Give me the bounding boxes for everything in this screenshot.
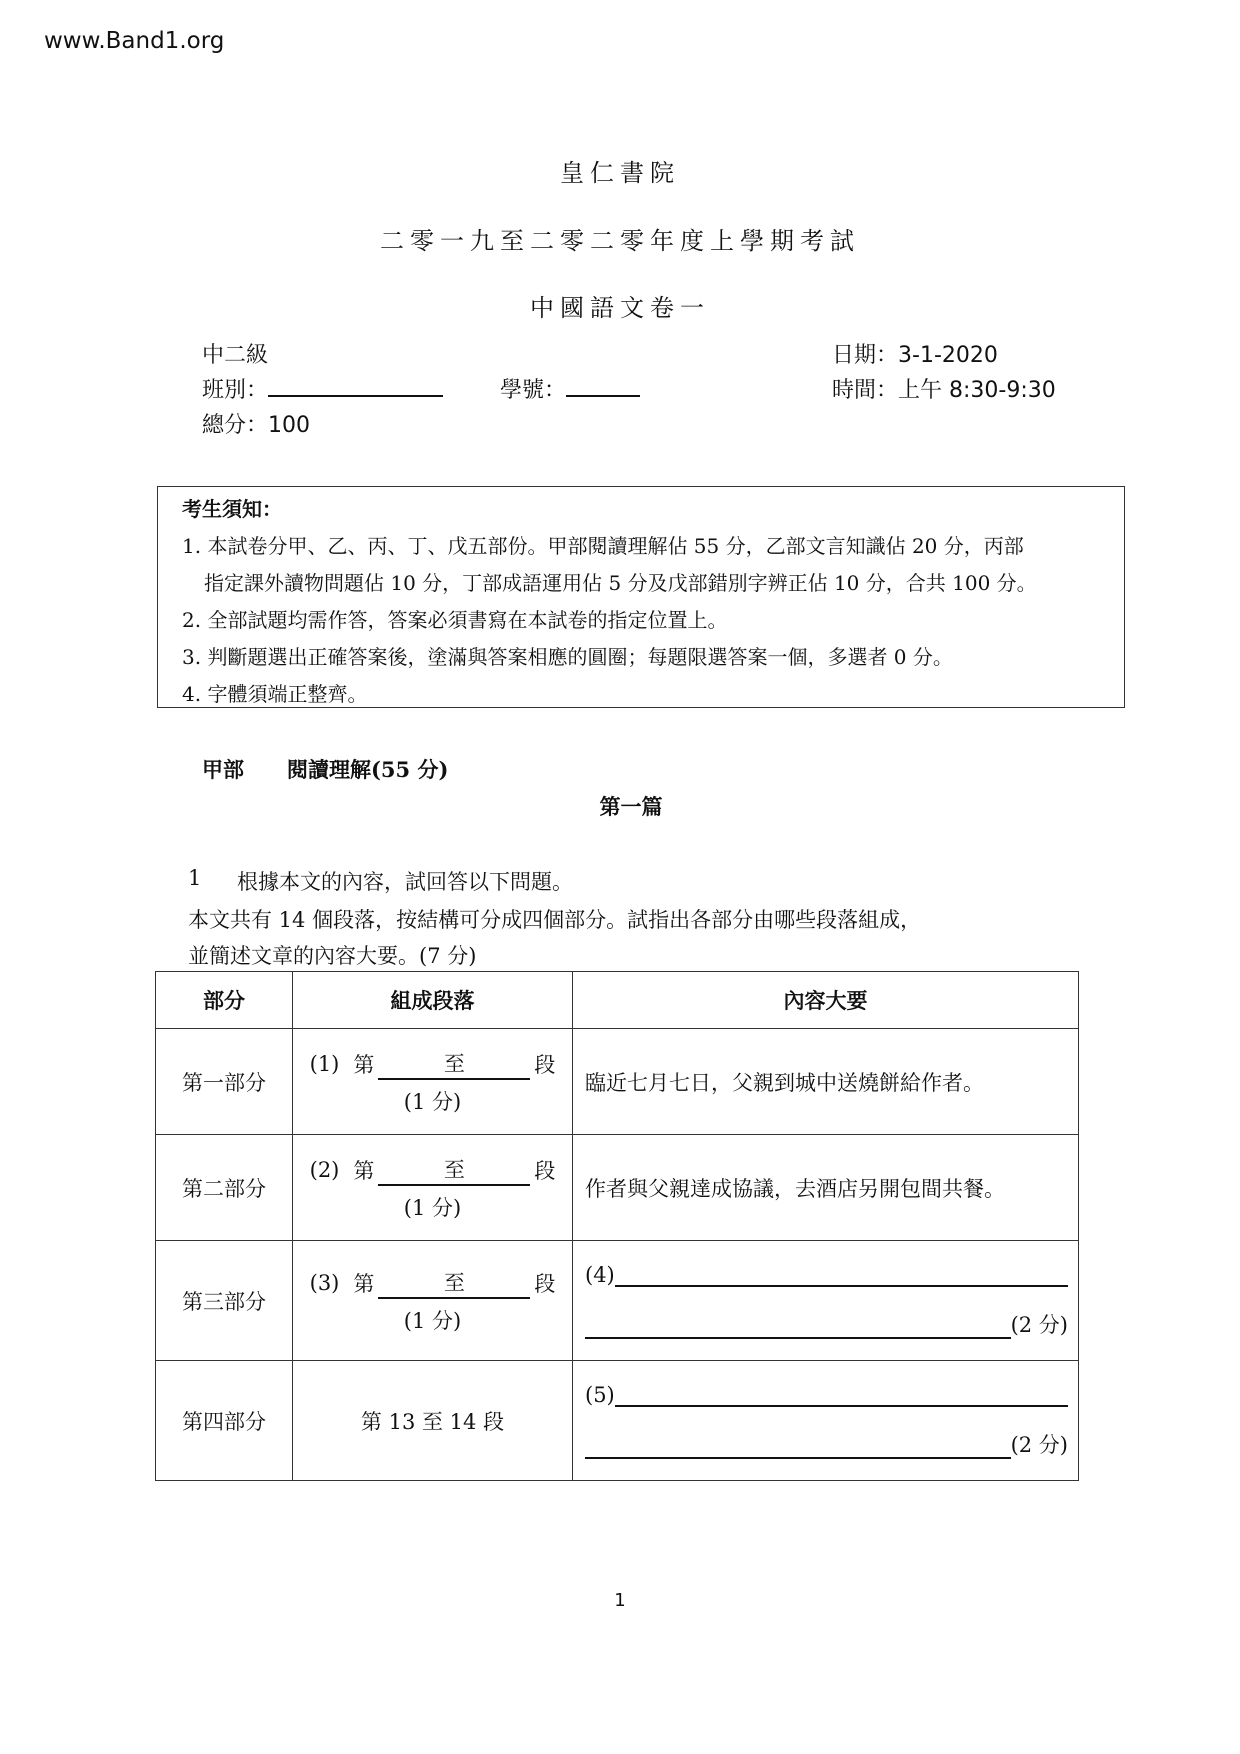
class-blank[interactable]: [268, 373, 443, 397]
question-text-line2: 並簡述文章的內容大要。(7 分): [188, 940, 476, 970]
question-number: 1: [188, 866, 201, 890]
answer-line[interactable]: (5): [585, 1383, 1068, 1407]
question-text-line1: 本文共有 14 個段落，按結構可分成四個部分。試指出各部分由哪些段落組成，: [188, 904, 921, 934]
instruction-item: 2. 全部試題均需作答，答案必須書寫在本試卷的指定位置上。: [182, 602, 1124, 639]
instruction-item: 3. 判斷題選出正確答案後，塗滿與答案相應的圓圈；每題限選答案一個，多選者 0 …: [182, 639, 1124, 676]
answer-line[interactable]: (2 分): [585, 1309, 1068, 1339]
part-label: 第三部分: [156, 1241, 293, 1361]
paragraph-cell: (1) 第 至 段 (1 分): [293, 1029, 573, 1135]
answer-marks: (2 分): [1011, 1309, 1068, 1339]
answer-number: (5): [585, 1383, 615, 1407]
school-name: 皇仁書院: [0, 153, 1240, 188]
zhi-label: 至: [444, 1158, 465, 1182]
passage-title: 第一篇: [0, 791, 1240, 821]
answer-blank[interactable]: [585, 1317, 1011, 1339]
duan-label: 段: [534, 1155, 555, 1185]
answer-blank[interactable]: [615, 1265, 1068, 1287]
candidate-instructions: 考生須知： 1. 本試卷分甲、乙、丙、丁、戊五部份。甲部閱讀理解佔 55 分，乙…: [157, 486, 1125, 708]
table-row: 第二部分 (2) 第 至 段 (1 分) 作者與父親達成協議，去酒店另開包間共餐…: [156, 1135, 1079, 1241]
date-label: 日期：: [832, 343, 898, 368]
class-field: 班別：: [202, 373, 443, 404]
marks: (1 分): [294, 1192, 571, 1222]
instruction-item: 1. 本試卷分甲、乙、丙、丁、戊五部份。甲部閱讀理解佔 55 分，乙部文言知識佔…: [182, 528, 1124, 565]
answer-cell: (4) (2 分): [573, 1241, 1079, 1361]
answer-table: 部分 組成段落 內容大要 第一部分 (1) 第 至 段 (1 分) 臨近七月七日…: [155, 971, 1079, 1481]
answer-blank[interactable]: [585, 1437, 1011, 1459]
answer-blank[interactable]: [615, 1385, 1068, 1407]
paper-title: 中國語文卷一: [0, 288, 1240, 323]
table-row: 第三部分 (3) 第 至 段 (1 分) (4) (2 分): [156, 1241, 1079, 1361]
header-summary: 內容大要: [573, 972, 1079, 1029]
instruction-item: 指定課外讀物問題佔 10 分，丁部成語運用佔 5 分及戊部錯別字辨正佔 10 分…: [182, 565, 1124, 602]
table-header-row: 部分 組成段落 內容大要: [156, 972, 1079, 1029]
di-label: 第: [353, 1049, 374, 1079]
paragraph-range-blank[interactable]: 至: [378, 1267, 530, 1299]
duan-label: 段: [534, 1268, 555, 1298]
summary-text: 臨近七月七日，父親到城中送燒餅給作者。: [573, 1029, 1079, 1135]
header-paragraphs: 組成段落: [293, 972, 573, 1029]
watermark: www.Band1.org: [44, 28, 224, 54]
date-value: 3-1-2020: [898, 343, 998, 368]
section-part: 甲部: [202, 754, 244, 784]
item-number: (1): [310, 1052, 340, 1076]
table-row: 第四部分 第 13 至 14 段 (5) (2 分): [156, 1361, 1079, 1481]
total-value: 100: [268, 413, 310, 438]
summary-text: 作者與父親達成協議，去酒店另開包間共餐。: [573, 1135, 1079, 1241]
marks: (1 分): [294, 1086, 571, 1116]
page-number: 1: [0, 1590, 1240, 1611]
answer-cell: (5) (2 分): [573, 1361, 1079, 1481]
answer-line[interactable]: (2 分): [585, 1429, 1068, 1459]
zhi-label: 至: [444, 1271, 465, 1295]
paragraph-range-blank[interactable]: 至: [378, 1048, 530, 1080]
total-marks: 總分：100: [202, 408, 310, 439]
total-label: 總分：: [202, 413, 268, 438]
exam-date: 日期：3-1-2020: [832, 338, 998, 369]
class-label: 班別：: [202, 378, 268, 403]
zhi-label: 至: [444, 1052, 465, 1076]
duan-label: 段: [534, 1049, 555, 1079]
answer-number: (4): [585, 1263, 615, 1287]
exam-time: 時間：上午 8:30-9:30: [832, 373, 1056, 404]
item-number: (2): [310, 1158, 340, 1182]
item-number: (3): [310, 1271, 340, 1295]
header-part: 部分: [156, 972, 293, 1029]
time-value: 上午 8:30-9:30: [898, 378, 1056, 403]
answer-line[interactable]: (4): [585, 1263, 1068, 1287]
instruction-item: 4. 字體須端正整齊。: [182, 676, 1124, 713]
form-level: 中二級: [202, 338, 268, 369]
di-label: 第: [353, 1155, 374, 1185]
student-no-field: 學號：: [500, 373, 640, 404]
exam-title: 二零一九至二零二零年度上學期考試: [0, 221, 1240, 256]
paragraph-cell: (3) 第 至 段 (1 分): [293, 1241, 573, 1361]
part-label: 第四部分: [156, 1361, 293, 1481]
section-name: 閱讀理解(55 分): [287, 754, 448, 784]
paragraph-range-blank[interactable]: 至: [378, 1154, 530, 1186]
paragraph-range: 第 13 至 14 段: [293, 1361, 573, 1481]
part-label: 第一部分: [156, 1029, 293, 1135]
marks: (1 分): [294, 1305, 571, 1335]
time-label: 時間：: [832, 378, 898, 403]
answer-marks: (2 分): [1011, 1429, 1068, 1459]
part-label: 第二部分: [156, 1135, 293, 1241]
instructions-heading: 考生須知：: [182, 493, 1124, 522]
table-row: 第一部分 (1) 第 至 段 (1 分) 臨近七月七日，父親到城中送燒餅給作者。: [156, 1029, 1079, 1135]
di-label: 第: [353, 1268, 374, 1298]
student-no-label: 學號：: [500, 378, 566, 403]
paragraph-cell: (2) 第 至 段 (1 分): [293, 1135, 573, 1241]
question-prompt: 根據本文的內容，試回答以下問題。: [237, 866, 573, 896]
student-no-blank[interactable]: [566, 373, 640, 397]
